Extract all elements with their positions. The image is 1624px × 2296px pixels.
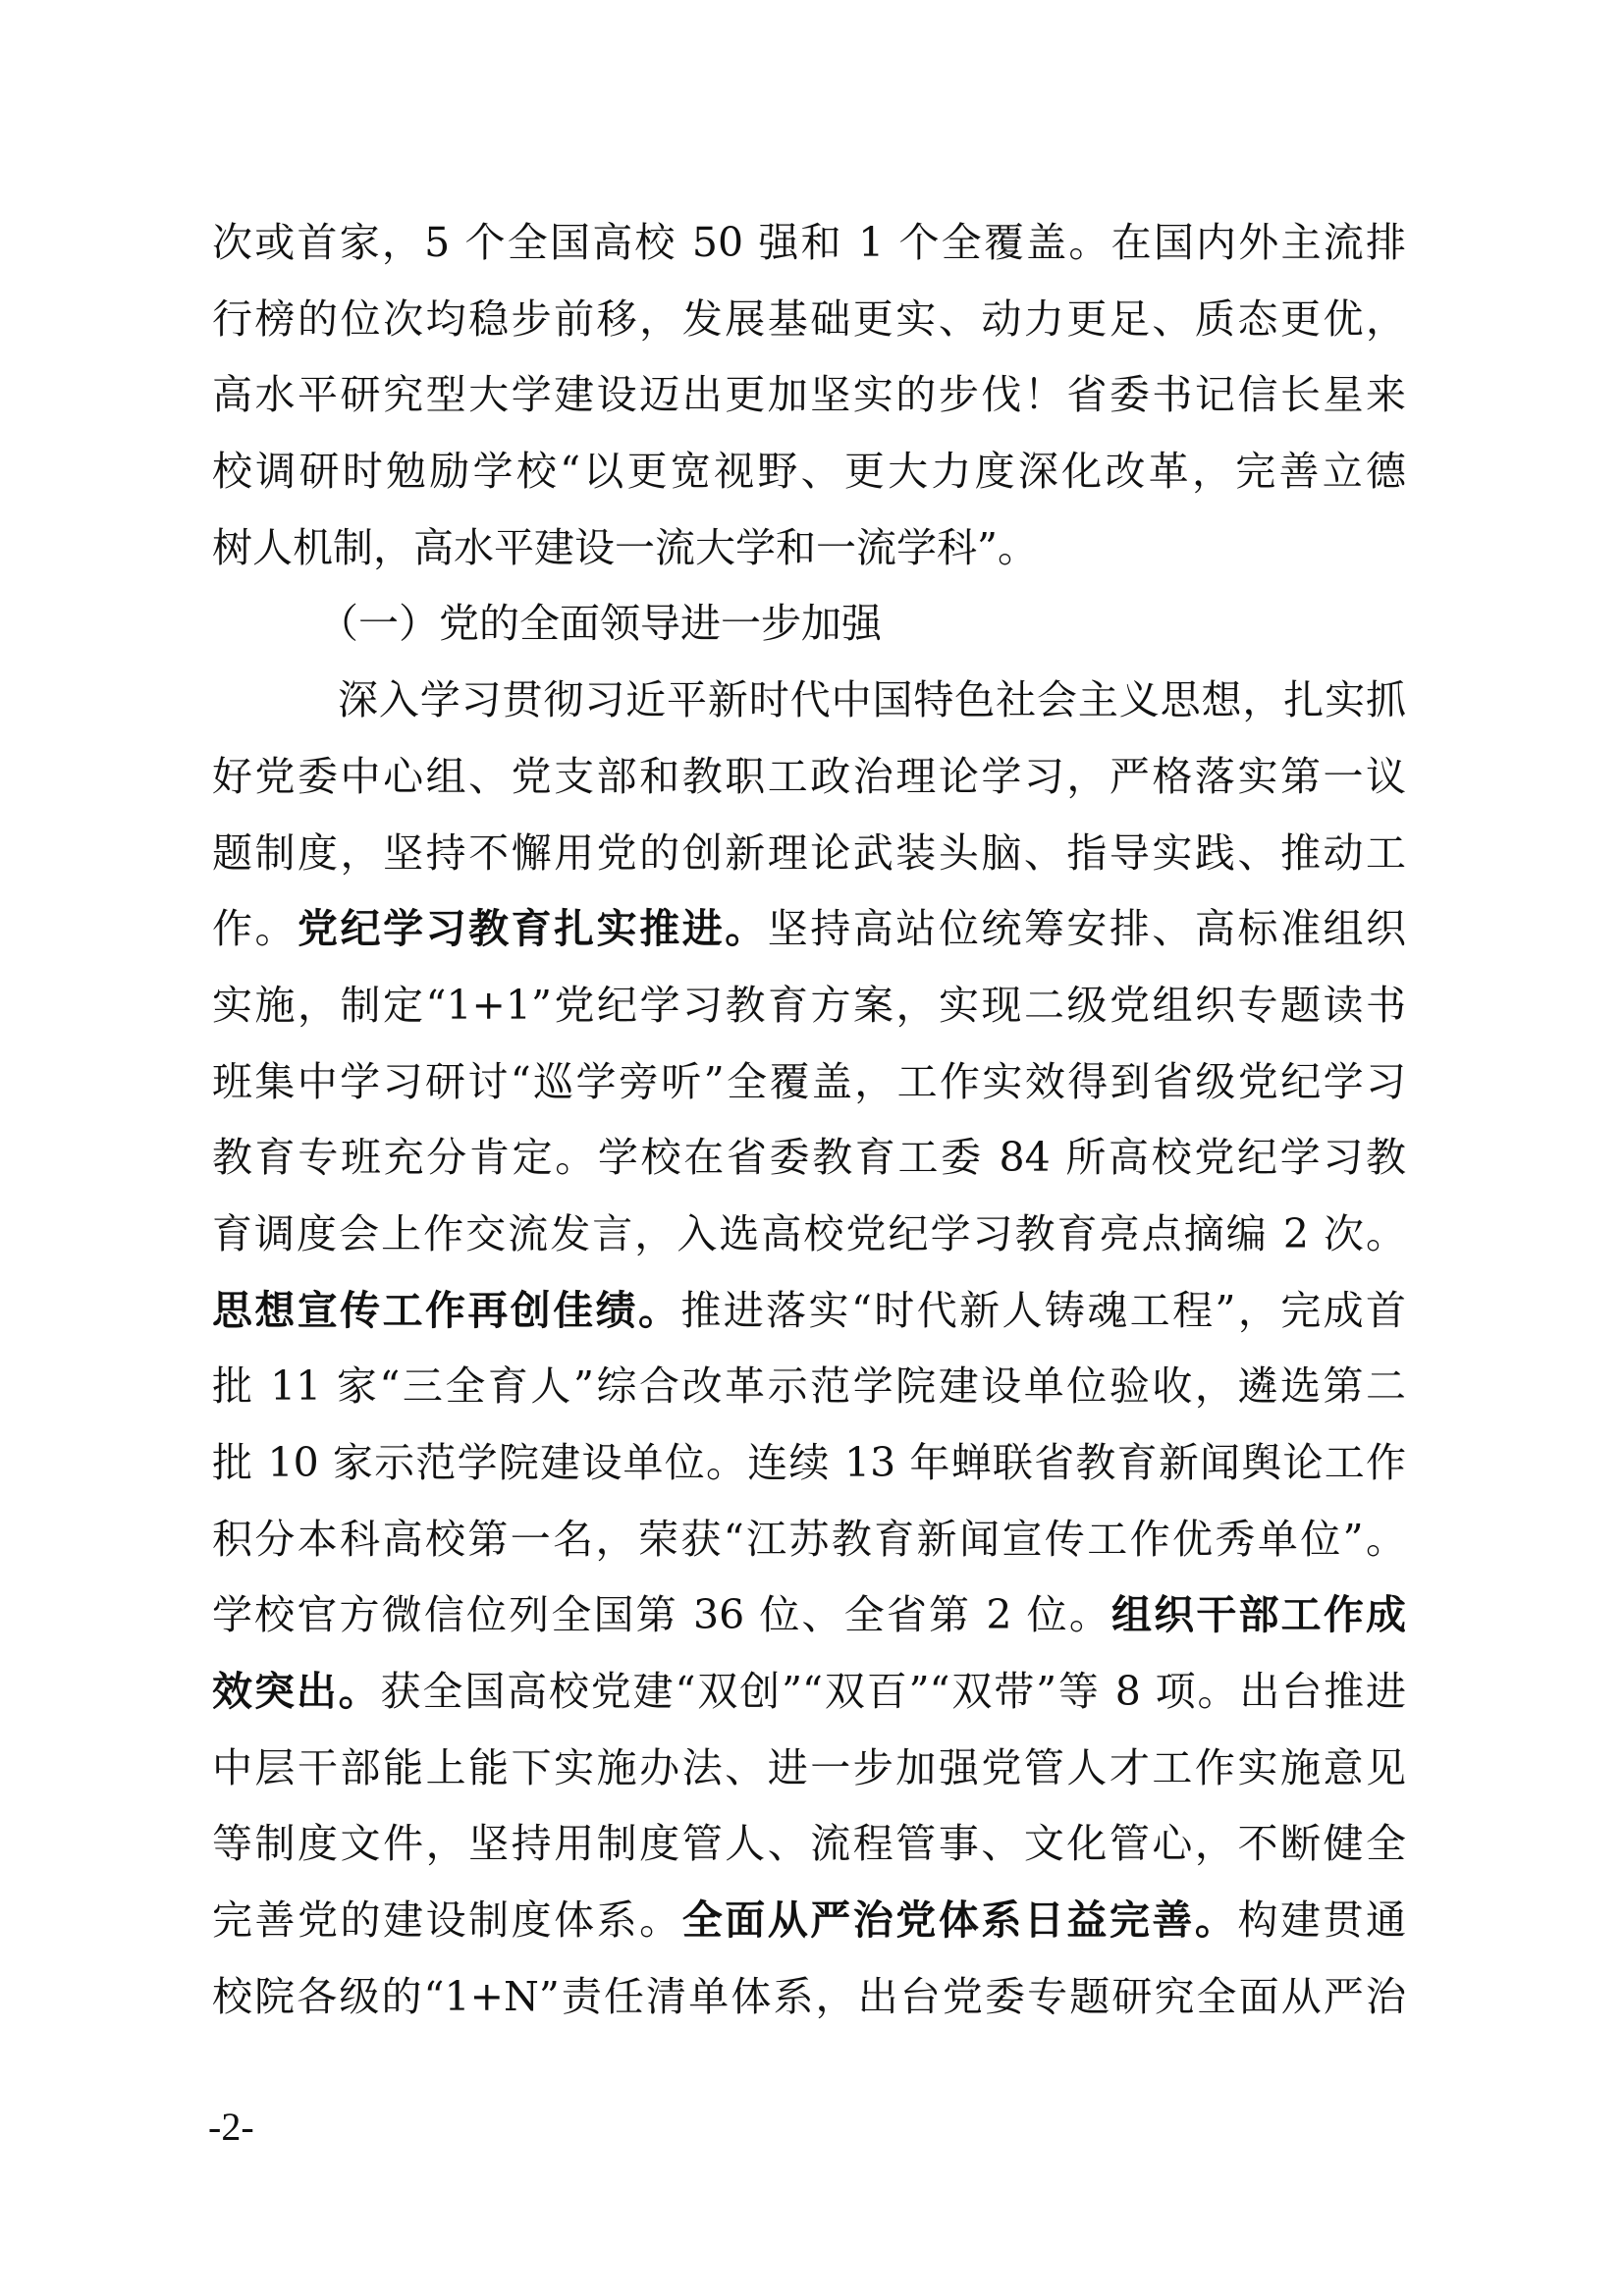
- text-segment: 批 10 家示范学院建设单位。连续 13 年蝉联省教育新闻舆论工作: [212, 1439, 1406, 1486]
- paragraph-line: 学校官方微信位列全国第 36 位、全省第 2 位。组织干部工作成: [212, 1583, 1406, 1660]
- text-segment: 中层干部能上能下实施办法、进一步加强党管人才工作实施意见: [212, 1744, 1406, 1791]
- paragraph-line: 等制度文件，坚持用制度管人、流程管事、文化管心，不断健全: [212, 1812, 1406, 1889]
- text-segment: 完善党的建设制度体系。: [212, 1896, 682, 1944]
- bold-subheading: 全面从严治党体系日益完善。: [682, 1896, 1238, 1944]
- text-segment: 坚持高站位统筹安排、高标准组织: [768, 905, 1406, 952]
- paragraph-line: 中层干部能上能下实施办法、进一步加强党管人才工作实施意见: [212, 1736, 1406, 1813]
- text-segment: 推进落实“时代新人铸魂工程”，完成首: [680, 1287, 1406, 1334]
- text-segment: 教育专班充分肯定。学校在省委教育工委 84 所高校党纪学习教: [212, 1134, 1406, 1181]
- paragraph-line: 积分本科高校第一名，荣获“江苏教育新闻宣传工作优秀单位”。: [212, 1508, 1406, 1584]
- paragraph-line: 实施，制定“1+1”党纪学习教育方案，实现二级党组织专题读书: [212, 974, 1406, 1050]
- text-segment: 实施，制定“1+1”党纪学习教育方案，实现二级党组织专题读书: [212, 982, 1406, 1029]
- paragraph-line: 班集中学习研讨“巡学旁听”全覆盖，工作实效得到省级党纪学习: [212, 1050, 1406, 1127]
- text-segment: 育调度会上作交流发言，入选高校党纪学习教育亮点摘编 2 次。: [212, 1210, 1406, 1257]
- text-segment: 高水平研究型大学建设迈出更加坚实的步伐！省委书记信长星来: [212, 371, 1406, 418]
- section-heading: （一）党的全面领导进一步加强: [212, 592, 1406, 668]
- section-heading-text: （一）党的全面领导进一步加强: [318, 600, 882, 647]
- paragraph-line: 校院各级的“1+N”责任清单体系，出台党委专题研究全面从严治: [212, 1965, 1406, 2042]
- bold-subheading: 思想宣传工作再创佳绩。: [212, 1287, 680, 1334]
- paragraph-line: 次或首家，5 个全国高校 50 强和 1 个全覆盖。在国内外主流排: [212, 211, 1406, 288]
- paragraph-line: 树人机制，高水平建设一流大学和一流学科”。: [212, 516, 1406, 593]
- paragraph-line: 效突出。获全国高校党建“双创”“双百”“双带”等 8 项。出台推进: [212, 1660, 1406, 1736]
- text-segment: 作。: [212, 905, 298, 952]
- text-segment: 树人机制，高水平建设一流大学和一流学科”。: [212, 524, 1038, 571]
- text-segment: 题制度，坚持不懈用党的创新理论武装头脑、指导实践、推动工: [212, 829, 1406, 877]
- paragraph-line: 高水平研究型大学建设迈出更加坚实的步伐！省委书记信长星来: [212, 363, 1406, 440]
- text-segment: 校调研时勉励学校“以更宽视野、更大力度深化改革，完善立德: [212, 448, 1406, 495]
- text-segment: 等制度文件，坚持用制度管人、流程管事、文化管心，不断健全: [212, 1820, 1406, 1867]
- text-segment: 批 11 家“三全育人”综合改革示范学院建设单位验收，遴选第二: [212, 1362, 1406, 1410]
- text-segment: 班集中学习研讨“巡学旁听”全覆盖，工作实效得到省级党纪学习: [212, 1058, 1406, 1105]
- document-page: 次或首家，5 个全国高校 50 强和 1 个全覆盖。在国内外主流排 行榜的位次均…: [0, 0, 1624, 2296]
- paragraph-line: 深入学习贯彻习近平新时代中国特色社会主义思想，扎实抓: [212, 668, 1406, 745]
- bold-subheading: 效突出。: [212, 1668, 380, 1715]
- paragraph-line: 批 11 家“三全育人”综合改革示范学院建设单位验收，遴选第二: [212, 1355, 1406, 1431]
- paragraph-line: 作。党纪学习教育扎实推进。坚持高站位统筹安排、高标准组织: [212, 897, 1406, 974]
- text-segment: 积分本科高校第一名，荣获“江苏教育新闻宣传工作优秀单位”。: [212, 1516, 1406, 1563]
- text-segment: 构建贯通: [1237, 1896, 1406, 1944]
- paragraph-line: 教育专班充分肯定。学校在省委教育工委 84 所高校党纪学习教: [212, 1126, 1406, 1202]
- text-segment: 学校官方微信位列全国第 36 位、全省第 2 位。: [212, 1591, 1111, 1638]
- text-segment: 深入学习贯彻习近平新时代中国特色社会主义思想，扎实抓: [338, 676, 1406, 723]
- paragraph-line: 校调研时勉励学校“以更宽视野、更大力度深化改革，完善立德: [212, 440, 1406, 516]
- paragraph-line: 题制度，坚持不懈用党的创新理论武装头脑、指导实践、推动工: [212, 822, 1406, 898]
- body-text: 次或首家，5 个全国高校 50 强和 1 个全覆盖。在国内外主流排 行榜的位次均…: [212, 211, 1406, 2042]
- paragraph-line: 好党委中心组、党支部和教职工政治理论学习，严格落实第一议: [212, 745, 1406, 822]
- text-segment: 好党委中心组、党支部和教职工政治理论学习，严格落实第一议: [212, 753, 1406, 800]
- paragraph-line: 育调度会上作交流发言，入选高校党纪学习教育亮点摘编 2 次。: [212, 1202, 1406, 1279]
- text-segment: 获全国高校党建“双创”“双百”“双带”等 8 项。出台推进: [380, 1668, 1406, 1715]
- page-number: -2-: [208, 2103, 254, 2152]
- paragraph-line: 完善党的建设制度体系。全面从严治党体系日益完善。构建贯通: [212, 1889, 1406, 1965]
- bold-subheading: 党纪学习教育扎实推进。: [298, 905, 768, 952]
- paragraph-line: 思想宣传工作再创佳绩。推进落实“时代新人铸魂工程”，完成首: [212, 1279, 1406, 1356]
- paragraph-line: 批 10 家示范学院建设单位。连续 13 年蝉联省教育新闻舆论工作: [212, 1431, 1406, 1508]
- paragraph-line: 行榜的位次均稳步前移，发展基础更实、动力更足、质态更优，: [212, 288, 1406, 364]
- text-segment: 次或首家，5 个全国高校 50 强和 1 个全覆盖。在国内外主流排: [212, 219, 1406, 266]
- bold-subheading: 组织干部工作成: [1111, 1591, 1406, 1638]
- text-segment: 行榜的位次均稳步前移，发展基础更实、动力更足、质态更优，: [212, 295, 1406, 343]
- text-segment: 校院各级的“1+N”责任清单体系，出台党委专题研究全面从严治: [212, 1973, 1406, 2020]
